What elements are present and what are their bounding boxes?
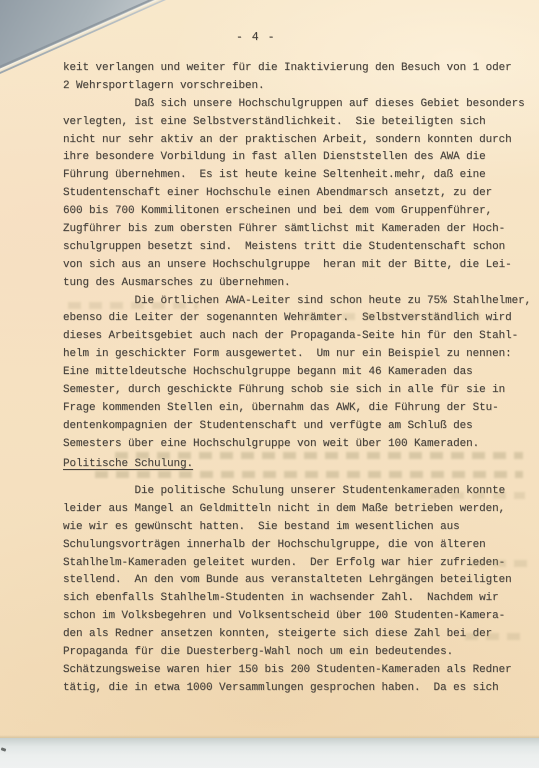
ink-bleedthrough [95,471,523,478]
text-line: den als Redner ansetzen konnten, steiger… [63,626,512,644]
text-line: Semester, durch geschickte Führung schob… [63,382,531,400]
body-text-block-1: keit verlangen und weiter für die Inakti… [63,60,531,454]
text-line: leider aus Mangel an Geldmitteln nicht i… [63,501,512,519]
text-line: sich ebenfalls Stahlhelm-Studenten in wa… [63,590,512,608]
text-line: verlegten, ist eine Selbstverständlichke… [63,114,531,132]
text-line: Schätzungsweise waren hier 150 bis 200 S… [63,662,512,680]
scanner-background-bottom [0,738,539,768]
text-line: Schulungsvorträgen innerhalb der Hochsch… [63,537,512,555]
text-line: schon im Volksbegehren und Volksentschei… [63,608,512,626]
text-line: Eine mitteldeutsche Hochschulgruppe bega… [63,364,531,382]
body-text-block-2: Die politische Schulung unserer Studente… [63,483,512,698]
text-line: Stahlhelm-Kameraden geleitet wurden. Der… [63,555,512,573]
text-line: Semesters über eine Hochschulgruppe von … [63,436,531,454]
ink-bleedthrough [472,560,527,567]
text-line: 600 bis 700 Kommilitonen erscheinen und … [63,203,531,221]
text-line: Studentenschaft einer Hochschule einen A… [63,185,531,203]
text-line: Führung übernehmen. Es ist heute keine S… [63,167,531,185]
ink-bleedthrough [465,633,527,640]
text-line: Daß sich unsere Hochschulgruppen auf die… [63,96,531,114]
text-line: 2 Wehrsportlagern vorschreiben. [63,78,531,96]
text-line: Zugführer bis zum obersten Führer sämtli… [63,221,531,239]
text-line: dentenkompagnien der Studentenschaft und… [63,418,531,436]
text-line: von sich aus an unsere Hochschulgruppe h… [63,257,531,275]
text-line: helm in geschickter Form ausgewertet. Um… [63,346,531,364]
text-line: Frage kommenden Stellen ein, übernahm da… [63,400,531,418]
ink-bleedthrough [115,452,523,459]
scanned-document-page: { "document": { "page_number": "- 4 -", … [0,0,539,768]
text-line: nicht nur sehr aktiv an der praktischen … [63,132,531,150]
text-line: keit verlangen und weiter für die Inakti… [63,60,531,78]
text-line: Propaganda für die Duesterberg-Wahl noch… [63,644,512,662]
text-line: stellend. An den vom Bunde aus veranstal… [63,572,512,590]
ink-bleedthrough [68,302,198,309]
ink-bleedthrough [300,313,480,320]
text-line: tung des Ausmarsches zu übernehmen. [63,275,531,293]
text-line: dieses Arbeitsgebiet auch nach der Propa… [63,328,531,346]
text-line: schulgruppen besetzt sind. Meistens trit… [63,239,531,257]
section-heading: Politische Schulung. [63,458,193,470]
text-line: tätig, die in etwa 1000 Versammlungen ge… [63,680,512,698]
text-line: wie wir es gewünscht hatten. Sie bestand… [63,519,512,537]
page-number: - 4 - [236,31,276,44]
ink-bleedthrough [430,492,525,499]
text-line: ihre besondere Vorbildung in fast allen … [63,149,531,167]
